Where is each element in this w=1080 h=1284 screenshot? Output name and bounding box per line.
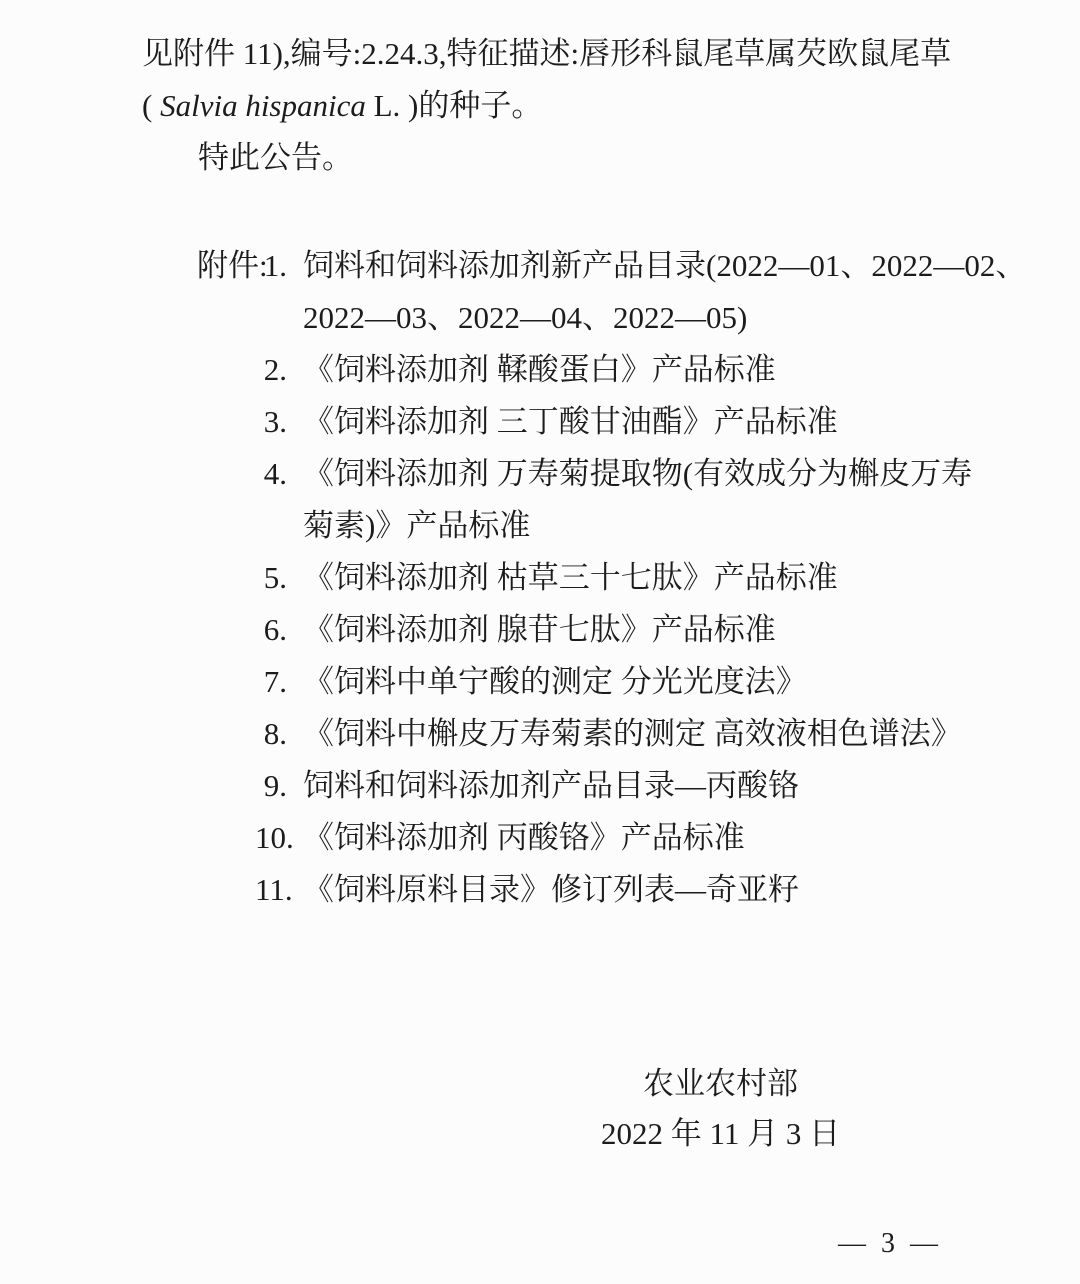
attachment-row: 6. 《饲料添加剂 腺苷七肽》产品标准 bbox=[197, 604, 1020, 656]
attachment-text: 《饲料中槲皮万寿菊素的测定 高效液相色谱法》 bbox=[303, 708, 1020, 760]
intro-line2-roman: L. ) bbox=[366, 88, 419, 123]
document-page: 见附件 11),编号:2.24.3,特征描述:唇形科鼠尾草属芡欧鼠尾草 ( Sa… bbox=[0, 0, 1080, 1284]
attachments-label-spacer bbox=[197, 552, 255, 604]
intro-line2-close: 的种子。 bbox=[418, 88, 542, 123]
closing-statement: 特此公告。 bbox=[142, 132, 980, 184]
intro-line2-open: ( bbox=[142, 88, 160, 123]
attachments-label-spacer bbox=[197, 760, 255, 812]
intro-line-2: ( Salvia hispanica L. )的种子。 bbox=[142, 80, 980, 132]
attachment-row: 菊素)》产品标准 bbox=[197, 500, 1020, 552]
page-number: — 3 — bbox=[838, 1226, 942, 1262]
attachment-text: 饲料和饲料添加剂产品目录—丙酸铬 bbox=[303, 760, 1020, 812]
attachment-text: 《饲料添加剂 枯草三十七肽》产品标准 bbox=[303, 552, 1020, 604]
attachment-row: 2. 《饲料添加剂 鞣酸蛋白》产品标准 bbox=[197, 344, 1020, 396]
attachments-label-spacer bbox=[197, 864, 255, 916]
attachment-text: 2022—03、2022—04、2022—05) bbox=[303, 292, 1020, 344]
attachment-number: 4. bbox=[255, 448, 287, 500]
attachments-label-spacer bbox=[197, 396, 255, 448]
attachment-number: 6. bbox=[255, 604, 287, 656]
attachment-row: 8. 《饲料中槲皮万寿菊素的测定 高效液相色谱法》 bbox=[197, 708, 1020, 760]
attachment-row: 11. 《饲料原料目录》修订列表—奇亚籽 bbox=[197, 864, 1020, 916]
attachment-row: 4. 《饲料添加剂 万寿菊提取物(有效成分为槲皮万寿 bbox=[197, 448, 1020, 500]
attachment-row: 附件: 1. 饲料和饲料添加剂新产品目录(2022—01、2022—02、 bbox=[197, 240, 1020, 292]
attachments-label: 附件: bbox=[197, 240, 255, 292]
attachment-text: 《饲料原料目录》修订列表—奇亚籽 bbox=[303, 864, 1020, 916]
signature-date: 2022 年 11 月 3 日 bbox=[601, 1108, 840, 1160]
attachment-number: 1. bbox=[255, 240, 287, 292]
signature-organization: 农业农村部 bbox=[643, 1058, 798, 1110]
attachment-number: 10. bbox=[255, 812, 287, 864]
attachments-label-spacer bbox=[197, 604, 255, 656]
attachments-list: 附件: 1. 饲料和饲料添加剂新产品目录(2022—01、2022—02、 20… bbox=[197, 240, 1020, 916]
attachment-text: 《饲料添加剂 丙酸铬》产品标准 bbox=[303, 812, 1020, 864]
attachments-label-spacer bbox=[197, 656, 255, 708]
attachment-row: 9. 饲料和饲料添加剂产品目录—丙酸铬 bbox=[197, 760, 1020, 812]
attachment-number: 5. bbox=[255, 552, 287, 604]
attachment-text: 《饲料添加剂 三丁酸甘油酯》产品标准 bbox=[303, 396, 1020, 448]
attachments-label-spacer bbox=[197, 292, 255, 344]
intro-paragraph: 见附件 11),编号:2.24.3,特征描述:唇形科鼠尾草属芡欧鼠尾草 ( Sa… bbox=[142, 28, 980, 184]
attachment-number bbox=[255, 292, 287, 344]
attachment-number: 2. bbox=[255, 344, 287, 396]
species-latin-name: Salvia hispanica bbox=[160, 88, 366, 123]
attachment-number: 3. bbox=[255, 396, 287, 448]
attachments-label-spacer bbox=[197, 344, 255, 396]
attachment-text: 《饲料添加剂 腺苷七肽》产品标准 bbox=[303, 604, 1020, 656]
attachment-text: 《饲料中单宁酸的测定 分光光度法》 bbox=[303, 656, 1020, 708]
attachments-label-spacer bbox=[197, 500, 255, 552]
attachment-number: 7. bbox=[255, 656, 287, 708]
attachments-label-spacer bbox=[197, 708, 255, 760]
attachment-number: 11. bbox=[255, 864, 287, 916]
attachment-number: 8. bbox=[255, 708, 287, 760]
attachment-number bbox=[255, 500, 287, 552]
attachment-text: 《饲料添加剂 万寿菊提取物(有效成分为槲皮万寿 bbox=[303, 448, 1020, 500]
attachments-label-spacer bbox=[197, 812, 255, 864]
attachment-row: 7. 《饲料中单宁酸的测定 分光光度法》 bbox=[197, 656, 1020, 708]
attachment-text: 菊素)》产品标准 bbox=[303, 500, 1020, 552]
attachments-label-spacer bbox=[197, 448, 255, 500]
attachment-row: 3. 《饲料添加剂 三丁酸甘油酯》产品标准 bbox=[197, 396, 1020, 448]
attachment-text: 饲料和饲料添加剂新产品目录(2022—01、2022—02、 bbox=[303, 240, 1026, 292]
attachment-row: 2022—03、2022—04、2022—05) bbox=[197, 292, 1020, 344]
attachment-row: 10. 《饲料添加剂 丙酸铬》产品标准 bbox=[197, 812, 1020, 864]
attachment-row: 5. 《饲料添加剂 枯草三十七肽》产品标准 bbox=[197, 552, 1020, 604]
intro-line-1: 见附件 11),编号:2.24.3,特征描述:唇形科鼠尾草属芡欧鼠尾草 bbox=[142, 28, 980, 80]
attachment-text: 《饲料添加剂 鞣酸蛋白》产品标准 bbox=[303, 344, 1020, 396]
attachment-number: 9. bbox=[255, 760, 287, 812]
